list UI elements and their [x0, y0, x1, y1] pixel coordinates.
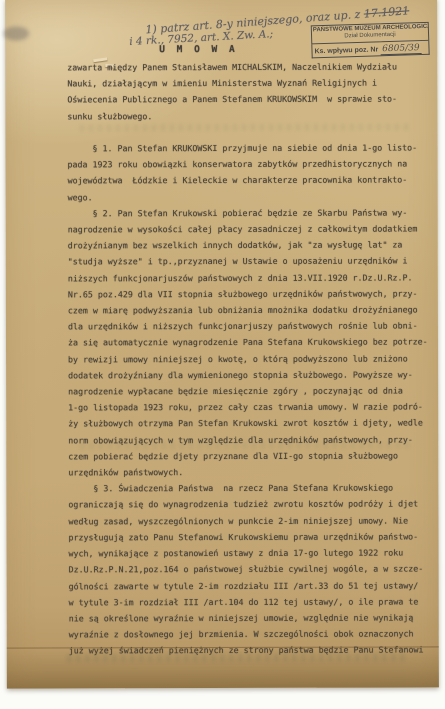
typed-line: nagrodzenie wypłacane będzie miesięcznie… [68, 383, 434, 400]
typed-line: ograniczają się do wynagrodzenia tudzież… [68, 496, 434, 513]
bottom-fold-shadow [7, 646, 439, 688]
bleed-through-text [79, 124, 409, 132]
typed-line: przysługują zato Panu Stefanowi Krukowsk… [68, 528, 434, 545]
typed-line: § 1. Pan Stefan KRUKOWSKI przyjmuje na s… [67, 139, 433, 156]
typed-line: nie są określone wyraźnie w niniejszej u… [69, 609, 435, 626]
typed-line: wych, wynikające z postanowień ustawy z … [69, 545, 435, 562]
stamp-register-label: Ks. wpływu poz. Nr [314, 46, 378, 55]
typed-line: drożyźnianym bez wszelkich innych dodatk… [68, 237, 434, 254]
scanned-page: 1) patrz art. 8-y niniejszego, oraz up. … [0, 0, 445, 709]
typed-line: czem w miarę podwyższania lub obniżania … [68, 301, 434, 318]
typed-line: dla urzędników i niższych funkcjonarjusz… [68, 318, 434, 335]
typed-line: niższych funkcjonarjuszów państwowych z … [68, 269, 434, 286]
handwriting-struck-text: 17.1921 [363, 4, 409, 20]
typed-line: by rewizji umowy niniejszej o kwotę, o k… [68, 350, 434, 367]
typed-line: województwa Łódzkie i Kieleckie w charak… [68, 172, 434, 189]
typed-line: Nr.65 poz.429 dla VII stopnia służbowego… [68, 285, 434, 302]
typed-line: § 3. Świadczenia Państwa na rzecz Pana S… [68, 480, 434, 497]
paper-sheet: 1) patrz art. 8-y niniejszego, oraz up. … [5, 0, 439, 689]
typed-line: nagrodzenie w wysokości całej płacy zasa… [68, 220, 434, 237]
stamp-register-row: Ks. wpływu poz. Nr 6805/39 [311, 41, 429, 59]
bleed-through-text [80, 442, 410, 450]
typed-line: gólności zawarte w tytule 2-im rozdziału… [69, 577, 435, 594]
document-title: U M O W A [159, 44, 238, 55]
typed-line: sunku służbowego. [67, 107, 433, 124]
typed-line: urzędników państwowych. [68, 464, 434, 481]
typed-line: Nauki, działającym w imieniu Ministerstw… [67, 75, 433, 92]
typed-line: ży służbowych otrzyma Pan Stefan Krukows… [68, 415, 434, 432]
typed-line: "studja wyższe" i tp.,przyznanej w Ustaw… [68, 253, 434, 270]
typed-line: czem pobierać będzie djety przyznane dla… [68, 447, 434, 464]
typed-line: w tytule 3-im rozdział III /art.104 do 1… [69, 593, 435, 610]
typed-line: Oświecenia Publicznego a Panem Stefanem … [67, 91, 433, 108]
typed-line: zawarta między Panem Stanisławem MICHALS… [67, 58, 433, 75]
typed-line: według zasad, wyszczególnionych w punkci… [68, 512, 434, 529]
typed-line: Dz.U.Rz.P.N.21,poz.164 o państwowej służ… [69, 561, 435, 578]
typed-line: pada 1923 roku obowiązki konserwatora za… [68, 156, 434, 173]
typed-line: wyraźnie z dosłownego jej brzmienia. W s… [69, 626, 435, 643]
archive-stamp: PAŃSTWOWE MUZEUM ARCHEOLOGICZNE Dział Do… [311, 22, 430, 59]
typed-line: ża się automatycznie wynagrodzenie Pana … [68, 334, 434, 351]
typed-line: 1-go listopada 1923 roku, przez cały cza… [68, 399, 434, 416]
ink-smudge [3, 27, 29, 41]
typed-line: § 2. Pan Stefan Krukowski pobierać będzi… [68, 204, 434, 221]
stamp-register-number: 6805/39 [380, 43, 422, 55]
typed-line: wego. [68, 188, 434, 205]
typed-body: zawarta między Panem Stanisławem MICHALS… [67, 58, 435, 658]
typed-line: dodatek drożyźniany dla wymienionego sto… [68, 366, 434, 383]
